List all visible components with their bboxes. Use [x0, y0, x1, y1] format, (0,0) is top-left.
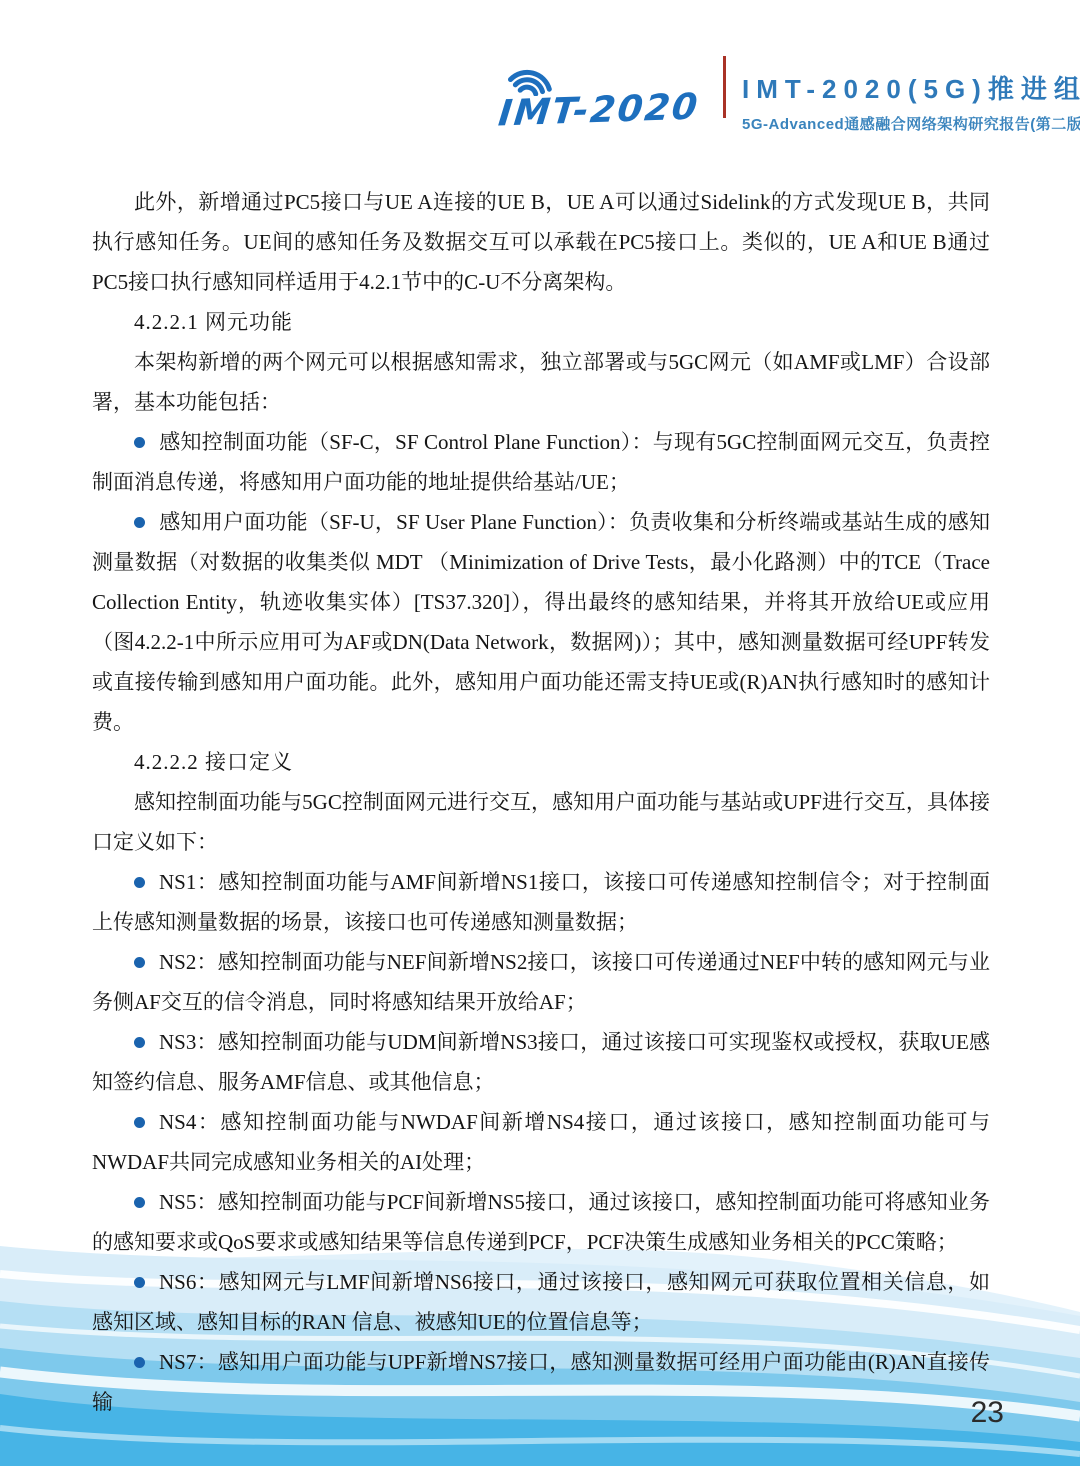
- bullet-icon: [134, 1357, 145, 1368]
- section-heading: 4.2.2.1 网元功能: [92, 302, 990, 342]
- document-body: 此外，新增通过PC5接口与UE A连接的UE B，UE A可以通过Sidelin…: [92, 182, 990, 1422]
- bullet-item: NS1：感知控制面功能与AMF间新增NS1接口，该接口可传递感知控制信令；对于控…: [92, 862, 990, 942]
- report-page: { "header": { "logo_text": "IMT-2020", "…: [0, 0, 1080, 1466]
- logo-wordmark: IMT-2020: [496, 87, 701, 135]
- body-paragraph: 本架构新增的两个网元可以根据感知需求，独立部署或与5GC网元（如AMF或LMF）…: [92, 342, 990, 422]
- page-header: IMT-2020 IMT-2020(5G)推进组 5G-Advanced通感融合…: [497, 56, 1080, 140]
- bullet-icon: [134, 877, 145, 888]
- bullet-icon: [134, 1117, 145, 1128]
- bullet-item: NS3：感知控制面功能与UDM间新增NS3接口，通过该接口可实现鉴权或授权，获取…: [92, 1022, 990, 1102]
- bullet-item: NS4：感知控制面功能与NWDAF间新增NS4接口，通过该接口，感知控制面功能可…: [92, 1102, 990, 1182]
- bullet-item: NS2：感知控制面功能与NEF间新增NS2接口，该接口可传递通过NEF中转的感知…: [92, 942, 990, 1022]
- bullet-item: NS6：感知网元与LMF间新增NS6接口，通过该接口，感知网元可获取位置相关信息…: [92, 1262, 990, 1342]
- bullet-icon: [134, 957, 145, 968]
- body-paragraph: 此外，新增通过PC5接口与UE A连接的UE B，UE A可以通过Sidelin…: [92, 182, 990, 302]
- body-paragraph: 感知控制面功能与5GC控制面网元进行交互，感知用户面功能与基站或UPF进行交互，…: [92, 782, 990, 862]
- bullet-icon: [134, 517, 145, 528]
- header-divider: [723, 56, 726, 118]
- bullet-icon: [134, 1037, 145, 1048]
- imt2020-logo: IMT-2020: [497, 56, 713, 140]
- report-org-title: IMT-2020(5G)推进组: [742, 69, 1080, 106]
- bullet-item: 感知控制面功能（SF-C，SF Control Plane Function）：…: [92, 422, 990, 502]
- report-subtitle: 5G-Advanced通感融合网络架构研究报告(第二版): [742, 113, 1080, 134]
- wifi-waves-icon: [503, 56, 573, 96]
- bullet-icon: [134, 437, 145, 448]
- bullet-item: NS5：感知控制面功能与PCF间新增NS5接口，通过该接口，感知控制面功能可将感…: [92, 1182, 990, 1262]
- bullet-icon: [134, 1277, 145, 1288]
- section-heading: 4.2.2.2 接口定义: [92, 742, 990, 782]
- page-number: 23: [971, 1396, 1004, 1430]
- bullet-item: 感知用户面功能（SF-U，SF User Plane Function）：负责收…: [92, 502, 990, 742]
- header-titles: IMT-2020(5G)推进组 5G-Advanced通感融合网络架构研究报告(…: [742, 63, 1080, 134]
- bullet-icon: [134, 1197, 145, 1208]
- bullet-item: NS7：感知用户面功能与UPF新增NS7接口，感知测量数据可经用户面功能由(R)…: [92, 1342, 990, 1422]
